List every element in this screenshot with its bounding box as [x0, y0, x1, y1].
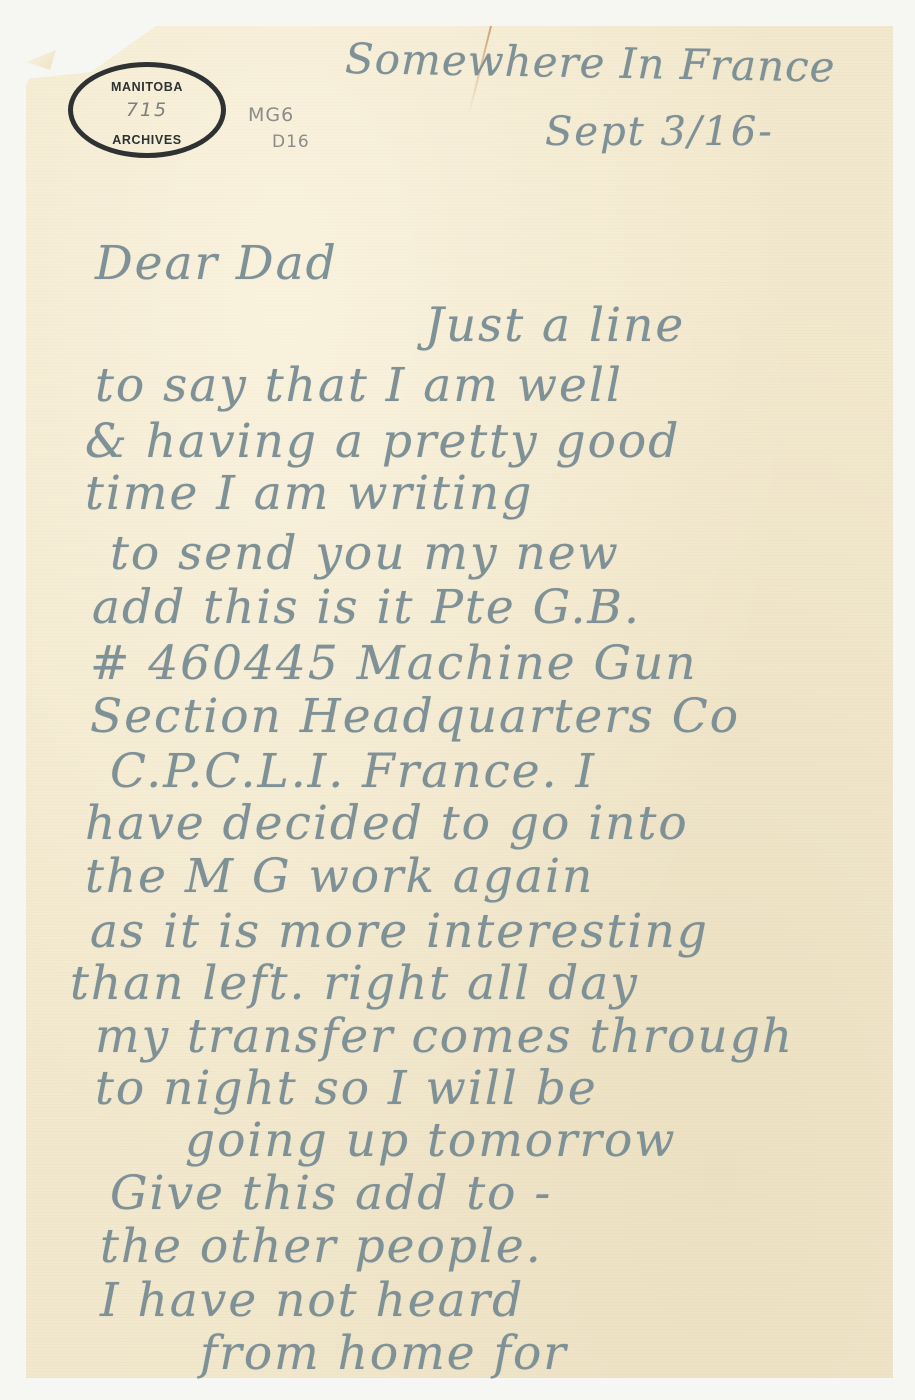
body-line: to night so I will be: [95, 1065, 598, 1112]
salutation: Dear Dad: [95, 240, 338, 287]
stamp-number: 715: [73, 99, 221, 121]
body-line: than left. right all day: [70, 960, 639, 1007]
body-line: I have not heard: [100, 1277, 524, 1324]
pencil-reference-line1: MG6: [248, 104, 294, 126]
body-line: add this is it Pte G.B.: [92, 584, 641, 631]
stamp-bottom-text: ARCHIVES: [73, 133, 221, 147]
letter-date: Sept 3/16-: [545, 112, 774, 152]
body-line: time I am writing: [85, 470, 533, 517]
body-line: to say that I am well: [95, 362, 623, 409]
body-line: & having a pretty good: [85, 418, 680, 465]
pencil-reference-line2: D16: [272, 132, 310, 152]
body-line: from home for: [200, 1330, 568, 1377]
body-line: # 460445 Machine Gun: [90, 640, 698, 687]
letter-place: Somewhere In France: [345, 38, 836, 89]
body-line: have decided to go into: [85, 800, 689, 847]
body-line: to send you my new: [110, 530, 620, 577]
body-line: Section Headquarters Co: [90, 693, 740, 740]
body-line: the M G work again: [85, 853, 594, 900]
body-line: Just a line: [425, 302, 685, 349]
archives-stamp: MANITOBA 715 ARCHIVES: [68, 62, 226, 158]
body-line: my transfer comes through: [95, 1013, 794, 1060]
folded-corner: [26, 50, 56, 70]
stamp-top-text: MANITOBA: [73, 80, 221, 94]
body-line: going up tomorrow: [185, 1117, 677, 1164]
body-line: the other people.: [100, 1223, 543, 1270]
body-line: Give this add to -: [110, 1170, 552, 1217]
body-line: C.P.C.L.I. France. I: [110, 748, 596, 795]
body-line: as it is more interesting: [90, 908, 709, 955]
